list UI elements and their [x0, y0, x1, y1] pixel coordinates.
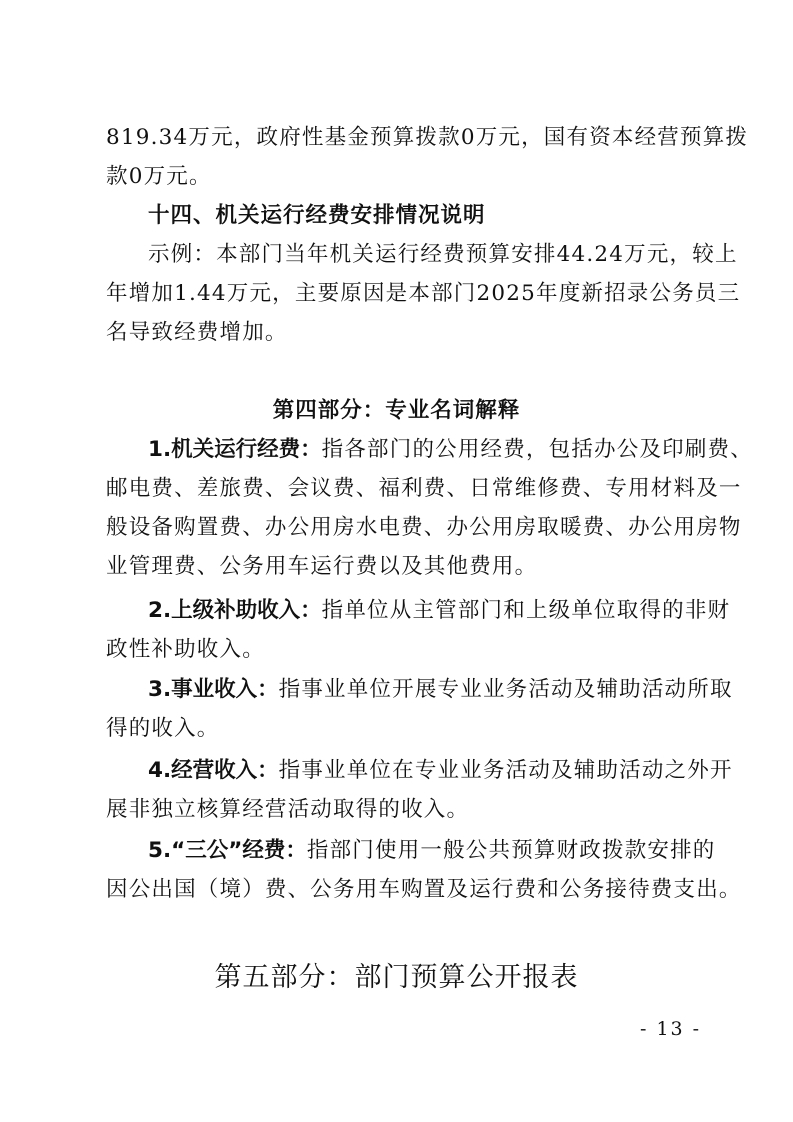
definition-line: 4.经营收入：指事业单位在专业业务活动及辅助活动之外开	[148, 757, 696, 785]
paragraph-line: 名导致经费增加。	[106, 319, 696, 347]
paragraph-line: 年增加1.44万元，主要原因是本部门2025年度新招录公务员三	[106, 280, 696, 308]
part-title: 第四部分：专业名词解释	[0, 397, 793, 425]
paragraph-line: 业管理费、公务用车运行费以及其他费用。	[106, 553, 696, 581]
term-label: 5.“三公”经费：	[148, 838, 307, 863]
definition-text: 指事业单位在专业业务活动及辅助活动之外开	[279, 758, 733, 783]
paragraph-line: 得的收入。	[106, 715, 696, 743]
definition-line: 5.“三公”经费：指部门使用一般公共预算财政拨款安排的	[148, 837, 696, 865]
definition-line: 2.上级补助收入：指单位从主管部门和上级单位取得的非财	[148, 597, 696, 625]
paragraph-line: 因公出国（境）费、公务用车购置及运行费和公务接待费支出。	[106, 876, 696, 904]
page-number: - 13 -	[640, 1018, 701, 1040]
term-label: 3.事业收入：	[148, 677, 279, 702]
paragraph-line: 819.34万元，政府性基金预算拨款0万元，国有资本经营预算拨	[106, 124, 696, 152]
paragraph-line: 展非独立核算经营活动取得的收入。	[106, 796, 696, 824]
part-title: 第五部分：部门预算公开报表	[0, 960, 793, 996]
definition-line: 1.机关运行经费：指各部门的公用经费，包括办公及印刷费、	[148, 436, 696, 464]
paragraph-line: 示例：本部门当年机关运行经费预算安排44.24万元，较上	[148, 241, 696, 269]
definition-text: 指单位从主管部门和上级单位取得的非财	[322, 598, 731, 623]
paragraph-line: 般设备购置费、办公用房水电费、办公用房取暖费、办公用房物	[106, 514, 696, 542]
paragraph-line: 款0万元。	[106, 163, 696, 191]
paragraph-line: 邮电费、差旅费、会议费、福利费、日常维修费、专用材料及一	[106, 475, 696, 503]
section-heading: 十四、机关运行经费安排情况说明	[148, 202, 696, 230]
definition-text: 指部门使用一般公共预算财政拨款安排的	[307, 838, 716, 863]
definition-text: 指事业单位开展专业业务活动及辅助活动所取	[279, 677, 733, 702]
term-label: 4.经营收入：	[148, 758, 279, 783]
definition-line: 3.事业收入：指事业单位开展专业业务活动及辅助活动所取	[148, 676, 696, 704]
paragraph-line: 政性补助收入。	[106, 636, 696, 664]
term-label: 1.机关运行经费：	[148, 437, 322, 462]
definition-text: 指各部门的公用经费，包括办公及印刷费、	[322, 437, 753, 462]
term-label: 2.上级补助收入：	[148, 598, 322, 623]
